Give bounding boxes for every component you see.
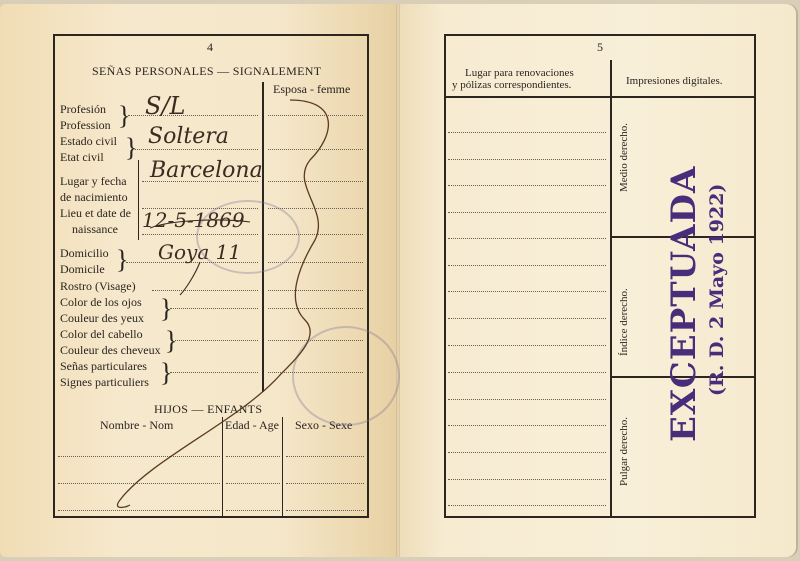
brace: } bbox=[125, 135, 137, 161]
label-estado-civil: Estado civil bbox=[60, 134, 117, 148]
label-lieu-date: Lieu et date de bbox=[60, 206, 131, 220]
fingerprint-label-middle: Medio derecho. bbox=[618, 123, 630, 192]
label-de-nacimiento: de nacimiento bbox=[60, 190, 128, 204]
spouse-line bbox=[268, 308, 363, 309]
children-title: HIJOS — ENFANTS bbox=[154, 402, 262, 417]
civil-status-line bbox=[135, 149, 258, 150]
right-column-divider bbox=[610, 60, 612, 516]
label-lugar-fecha: Lugar y fecha bbox=[60, 174, 127, 188]
fingerprints-header: Impresiones digitales. bbox=[626, 74, 723, 88]
renewals-header-1: Lugar para renovaciones bbox=[465, 67, 574, 79]
children-col-age: Edad - Age bbox=[225, 418, 279, 432]
birth-brace bbox=[138, 160, 139, 240]
exceptuada-stamp: EXCEPTUADA bbox=[664, 166, 704, 442]
label-profesion: Profesión bbox=[60, 102, 106, 116]
renewal-line bbox=[448, 185, 606, 186]
child-row-line bbox=[226, 456, 280, 457]
spouse-line bbox=[268, 181, 363, 182]
child-row-line bbox=[286, 483, 364, 484]
label-etat-civil: Etat civil bbox=[60, 150, 104, 164]
brace: } bbox=[160, 360, 172, 386]
child-row-line bbox=[286, 456, 364, 457]
renewal-line bbox=[448, 212, 606, 213]
renewal-line bbox=[448, 399, 606, 400]
birthplace-value: Barcelona bbox=[150, 158, 263, 183]
faint-seal-stamp bbox=[292, 326, 400, 426]
label-profession: Profession bbox=[60, 118, 111, 132]
eye-color-line bbox=[170, 308, 258, 309]
brace: } bbox=[165, 328, 177, 354]
personal-details-title: SEÑAS PERSONALES — SIGNALEMENT bbox=[92, 64, 321, 79]
page-number-right: 5 bbox=[590, 40, 610, 55]
fingerprint-label-thumb: Pulgar derecho. bbox=[618, 417, 630, 486]
spouse-column-header: Esposa - femme bbox=[273, 82, 350, 96]
children-divider bbox=[282, 417, 283, 516]
face-line bbox=[152, 290, 258, 291]
profession-value: S/L bbox=[145, 92, 185, 120]
renewal-line bbox=[448, 372, 606, 373]
label-rostro: Rostro (Visage) bbox=[60, 279, 136, 293]
label-senas-particulares: Señas particulares bbox=[60, 359, 147, 373]
renewal-line bbox=[448, 425, 606, 426]
label-domicile: Domicile bbox=[60, 262, 105, 276]
hair-color-line bbox=[175, 340, 258, 341]
child-row-line bbox=[58, 483, 220, 484]
renewal-line bbox=[448, 132, 606, 133]
header-divider bbox=[446, 96, 754, 98]
spouse-line bbox=[268, 115, 363, 116]
renewal-line bbox=[448, 159, 606, 160]
renewal-line bbox=[448, 505, 606, 506]
renewal-line bbox=[448, 479, 606, 480]
exceptuada-stamp-subtitle: (R. D. 2 Mayo 1922) bbox=[706, 184, 728, 396]
brace: } bbox=[116, 247, 128, 273]
book-spine bbox=[396, 4, 400, 557]
child-row-line bbox=[226, 483, 280, 484]
child-row-line bbox=[286, 510, 364, 511]
children-divider bbox=[222, 417, 223, 516]
child-row-line bbox=[58, 510, 220, 511]
civil-status-value: Soltera bbox=[148, 124, 229, 149]
renewal-line bbox=[448, 452, 606, 453]
label-naissance: naissance bbox=[72, 222, 118, 236]
label-couleur-cheveux: Couleur des cheveux bbox=[60, 343, 161, 357]
page-number-left: 4 bbox=[200, 40, 220, 55]
fingerprint-label-index: Índice derecho. bbox=[618, 288, 630, 356]
renewal-line bbox=[448, 291, 606, 292]
renewal-line bbox=[448, 265, 606, 266]
spouse-line bbox=[268, 149, 363, 150]
label-signes-particuliers: Signes particuliers bbox=[60, 375, 149, 389]
label-couleur-yeux: Couleur des yeux bbox=[60, 311, 144, 325]
label-color-cabello: Color del cabello bbox=[60, 327, 143, 341]
label-color-ojos: Color de los ojos bbox=[60, 295, 142, 309]
brace: } bbox=[118, 103, 130, 129]
renewal-line bbox=[448, 345, 606, 346]
renewal-line bbox=[448, 238, 606, 239]
renewals-header-2: y pólizas correspondientes. bbox=[452, 79, 571, 91]
children-col-name: Nombre - Nom bbox=[100, 418, 173, 432]
child-row-line bbox=[226, 510, 280, 511]
particular-marks-line bbox=[170, 372, 258, 373]
renewal-line bbox=[448, 318, 606, 319]
brace: } bbox=[160, 296, 172, 322]
spouse-line bbox=[268, 290, 363, 291]
label-domicilio: Domicilio bbox=[60, 246, 109, 260]
faint-seal-stamp bbox=[196, 200, 300, 274]
child-row-line bbox=[58, 456, 220, 457]
